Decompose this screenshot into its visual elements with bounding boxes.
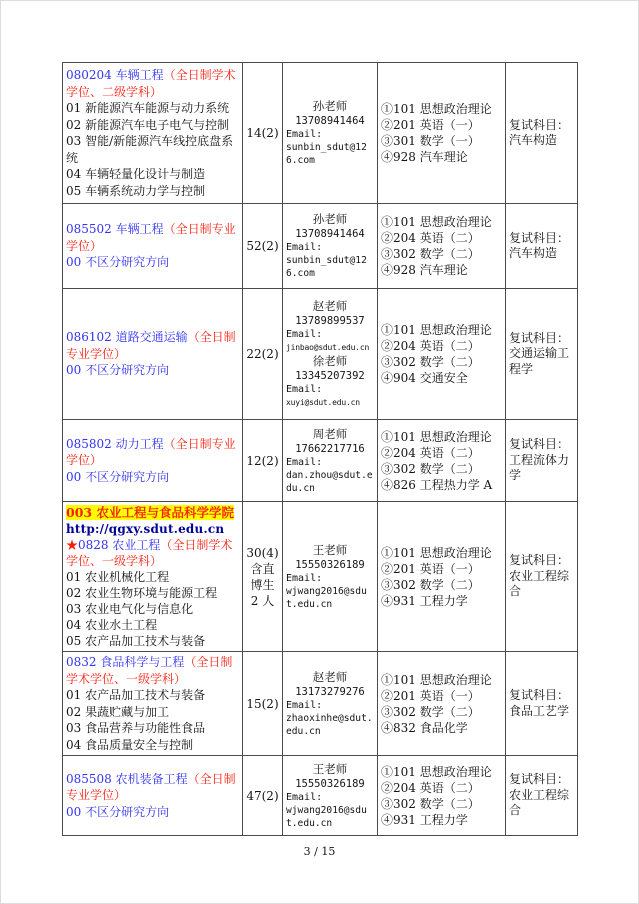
- quota-value: 15(2): [246, 697, 278, 711]
- program-note: 00 不区分研究方向: [66, 469, 239, 486]
- retest-label: 复试科目：: [509, 231, 574, 247]
- contact-email: wjwang2016@sdut.edu.cn: [286, 804, 374, 830]
- contact-email: sunbin_sdut@126.com: [286, 254, 374, 280]
- program-cell: 085502 车辆工程（全日制专业学位） 00 不区分研究方向: [63, 204, 243, 289]
- retest-label: 复试科目：: [509, 331, 574, 347]
- retest-cell: 复试科目： 农业工程综合: [506, 756, 578, 836]
- contact-phone: 13173279276: [286, 685, 374, 699]
- retest-subject: 汽车构造: [509, 133, 574, 149]
- table-row: 086102 道路交通运输（全日制专业学位） 00 不区分研究方向 22(2) …: [63, 289, 578, 420]
- retest-subject: 交通运输工程学: [509, 346, 574, 377]
- retest-subject: 工程流体力学: [509, 453, 574, 484]
- contact-cell: 赵老师 13789899537 Email: jinbao@sdut.edu.c…: [283, 289, 378, 420]
- program-title: 086102 道路交通运输: [66, 330, 188, 344]
- retest-subject: 汽车构造: [509, 246, 574, 262]
- research-directions: 01 农业机械化工程 02 农业生物环境与能源工程 03 农业电气化与信息化 0…: [66, 569, 239, 649]
- exam-subjects-cell: ①101 思想政治理论 ②201 英语（一） ③302 数学（二） ④832 食…: [378, 652, 506, 756]
- quota-cell: 30(4) 含直 博生 2 人: [243, 502, 283, 652]
- retest-label: 复试科目：: [509, 688, 574, 704]
- exam-subjects: ①101 思想政治理论 ②201 英语（一） ③301 数学（一） ④928 汽…: [381, 102, 492, 164]
- contact-name: 赵老师: [286, 299, 374, 314]
- quota-cell: 15(2): [243, 652, 283, 756]
- quota-value: 47(2): [246, 789, 278, 803]
- exam-subjects: ①101 思想政治理论 ②204 英语（二） ③302 数学（二） ④826 工…: [381, 430, 492, 492]
- retest-label: 复试科目：: [509, 118, 574, 134]
- exam-subjects-cell: ①101 思想政治理论 ②204 英语（二） ③302 数学（二） ④931 工…: [378, 756, 506, 836]
- program-cell: 003 农业工程与食品科学学院 http://qgxy.sdut.edu.cn …: [63, 502, 243, 652]
- retest-cell: 复试科目： 食品工艺学: [506, 652, 578, 756]
- retest-cell: 复试科目： 工程流体力学: [506, 420, 578, 502]
- admissions-table: 080204 车辆工程（全日制学术学位、二级学科） 01 新能源汽车能源与动力系…: [62, 62, 578, 836]
- contact-cell: 周老师 17662217716 Email: dan.zhou@sdut.edu…: [283, 420, 378, 502]
- retest-subject: 农业工程综合: [509, 569, 574, 600]
- contact-name: 徐老师: [286, 354, 374, 369]
- retest-subject: 农业工程综合: [509, 788, 574, 819]
- table-row: 003 农业工程与食品科学学院 http://qgxy.sdut.edu.cn …: [63, 502, 578, 652]
- program-title: 0832 食品科学与工程: [66, 655, 184, 669]
- contact-cell: 孙老师 13708941464 Email: sunbin_sdut@126.c…: [283, 204, 378, 289]
- retest-label: 复试科目：: [509, 437, 574, 453]
- program-title: 085802 动力工程: [66, 437, 164, 451]
- quota-cell: 12(2): [243, 420, 283, 502]
- contact-name: 赵老师: [286, 670, 374, 685]
- exam-subjects: ①101 思想政治理论 ②201 英语（一） ③302 数学（二） ④931 工…: [381, 546, 492, 608]
- document-page: 080204 车辆工程（全日制学术学位、二级学科） 01 新能源汽车能源与动力系…: [0, 0, 639, 904]
- program-cell: 085508 农机装备工程（全日制专业学位） 00 不区分研究方向: [63, 756, 243, 836]
- email-label: Email:: [286, 699, 374, 712]
- table-row: 085502 车辆工程（全日制专业学位） 00 不区分研究方向 52(2) 孙老…: [63, 204, 578, 289]
- retest-subject: 食品工艺学: [509, 704, 574, 720]
- contact-cell: 王老师 15550326189 Email: wjwang2016@sdut.e…: [283, 756, 378, 836]
- exam-subjects: ①101 思想政治理论 ②204 英语（二） ③302 数学（二） ④904 交…: [381, 323, 492, 385]
- exam-subjects-cell: ①101 思想政治理论 ②204 英语（二） ③302 数学（二） ④928 汽…: [378, 204, 506, 289]
- retest-cell: 复试科目： 汽车构造: [506, 63, 578, 204]
- exam-subjects-cell: ①101 思想政治理论 ②204 英语（二） ③302 数学（二） ④904 交…: [378, 289, 506, 420]
- exam-subjects: ①101 思想政治理论 ②201 英语（一） ③302 数学（二） ④832 食…: [381, 673, 492, 735]
- contact-phone: 13789899537: [286, 314, 374, 328]
- retest-cell: 复试科目： 农业工程综合: [506, 502, 578, 652]
- email-label: Email:: [286, 791, 374, 804]
- exam-subjects: ①101 思想政治理论 ②204 英语（二） ③302 数学（二） ④931 工…: [381, 765, 492, 827]
- table-row: 080204 车辆工程（全日制学术学位、二级学科） 01 新能源汽车能源与动力系…: [63, 63, 578, 204]
- exam-subjects-cell: ①101 思想政治理论 ②201 英语（一） ③301 数学（一） ④928 汽…: [378, 63, 506, 204]
- quota-value: 14(2): [246, 126, 278, 140]
- quota-value: 22(2): [246, 347, 278, 361]
- email-label: Email:: [286, 572, 374, 585]
- email-label: Email:: [286, 383, 374, 396]
- retest-label: 复试科目：: [509, 553, 574, 569]
- table-row: 085508 农机装备工程（全日制专业学位） 00 不区分研究方向 47(2) …: [63, 756, 578, 836]
- table-row: 0832 食品科学与工程（全日制学术学位、一级学科） 01 农产品加工技术与装备…: [63, 652, 578, 756]
- program-title: 0828 农业工程: [78, 538, 160, 552]
- table-row: 085802 动力工程（全日制专业学位） 00 不区分研究方向 12(2) 周老…: [63, 420, 578, 502]
- quota-cell: 47(2): [243, 756, 283, 836]
- program-cell: 085802 动力工程（全日制专业学位） 00 不区分研究方向: [63, 420, 243, 502]
- contact-name: 孙老师: [286, 99, 374, 114]
- program-note: 00 不区分研究方向: [66, 804, 239, 821]
- star-marker: ★: [66, 538, 78, 552]
- contact-phone: 13345207392: [286, 369, 374, 383]
- contact-email: zhaoxinhe@sdut.edu.cn: [286, 712, 374, 738]
- quota-cell: 22(2): [243, 289, 283, 420]
- research-directions: 01 新能源汽车能源与动力系统 02 新能源汽车电子电气与控制 03 智能/新能…: [66, 100, 239, 199]
- page-number: 3 / 15: [0, 845, 639, 858]
- retest-cell: 复试科目： 汽车构造: [506, 204, 578, 289]
- contact-phone: 13708941464: [286, 227, 374, 241]
- research-directions: 01 农产品加工技术与装备 02 果蔬贮藏与加工 03 食品营养与功能性食品 0…: [66, 687, 239, 753]
- program-title: 085508 农机装备工程: [66, 772, 188, 786]
- contact-name: 王老师: [286, 543, 374, 558]
- college-header: 003 农业工程与食品科学学院: [66, 505, 239, 521]
- college-name: 003 农业工程与食品科学学院: [66, 505, 234, 520]
- contact-email: dan.zhou@sdut.edu.cn: [286, 469, 374, 495]
- contact-phone: 15550326189: [286, 777, 374, 791]
- program-note: 00 不区分研究方向: [66, 362, 239, 379]
- email-label: Email:: [286, 456, 374, 469]
- contact-email: wjwang2016@sdut.edu.cn: [286, 585, 374, 611]
- program-title: 080204 车辆工程: [66, 68, 164, 82]
- program-cell: 086102 道路交通运输（全日制专业学位） 00 不区分研究方向: [63, 289, 243, 420]
- contact-email: sunbin_sdut@126.com: [286, 141, 374, 167]
- contact-email: xuyi@sdut.edu.cn: [286, 396, 374, 409]
- retest-cell: 复试科目： 交通运输工程学: [506, 289, 578, 420]
- exam-subjects-cell: ①101 思想政治理论 ②201 英语（一） ③302 数学（二） ④931 工…: [378, 502, 506, 652]
- contact-phone: 13708941464: [286, 114, 374, 128]
- contact-phone: 15550326189: [286, 558, 374, 572]
- program-note: 00 不区分研究方向: [66, 254, 239, 271]
- email-label: Email:: [286, 128, 374, 141]
- email-label: Email:: [286, 241, 374, 254]
- college-url-link[interactable]: http://qgxy.sdut.edu.cn: [66, 521, 239, 537]
- contact-cell: 王老师 15550326189 Email: wjwang2016@sdut.e…: [283, 502, 378, 652]
- contact-name: 孙老师: [286, 212, 374, 227]
- quota-value: 52(2): [246, 239, 278, 253]
- contact-cell: 孙老师 13708941464 Email: sunbin_sdut@126.c…: [283, 63, 378, 204]
- exam-subjects-cell: ①101 思想政治理论 ②204 英语（二） ③302 数学（二） ④826 工…: [378, 420, 506, 502]
- exam-subjects: ①101 思想政治理论 ②204 英语（二） ③302 数学（二） ④928 汽…: [381, 215, 492, 277]
- contact-email: jinbao@sdut.edu.cn: [286, 341, 374, 354]
- program-cell: 080204 车辆工程（全日制学术学位、二级学科） 01 新能源汽车能源与动力系…: [63, 63, 243, 204]
- contact-phone: 17662217716: [286, 442, 374, 456]
- quota-value: 30(4) 含直 博生 2 人: [246, 546, 278, 608]
- program-title: 085502 车辆工程: [66, 222, 164, 236]
- program-cell: 0832 食品科学与工程（全日制学术学位、一级学科） 01 农产品加工技术与装备…: [63, 652, 243, 756]
- retest-label: 复试科目：: [509, 772, 574, 788]
- quota-cell: 14(2): [243, 63, 283, 204]
- contact-name: 王老师: [286, 762, 374, 777]
- contact-name: 周老师: [286, 427, 374, 442]
- quota-cell: 52(2): [243, 204, 283, 289]
- email-label: Email:: [286, 328, 374, 341]
- quota-value: 12(2): [246, 454, 278, 468]
- contact-cell: 赵老师 13173279276 Email: zhaoxinhe@sdut.ed…: [283, 652, 378, 756]
